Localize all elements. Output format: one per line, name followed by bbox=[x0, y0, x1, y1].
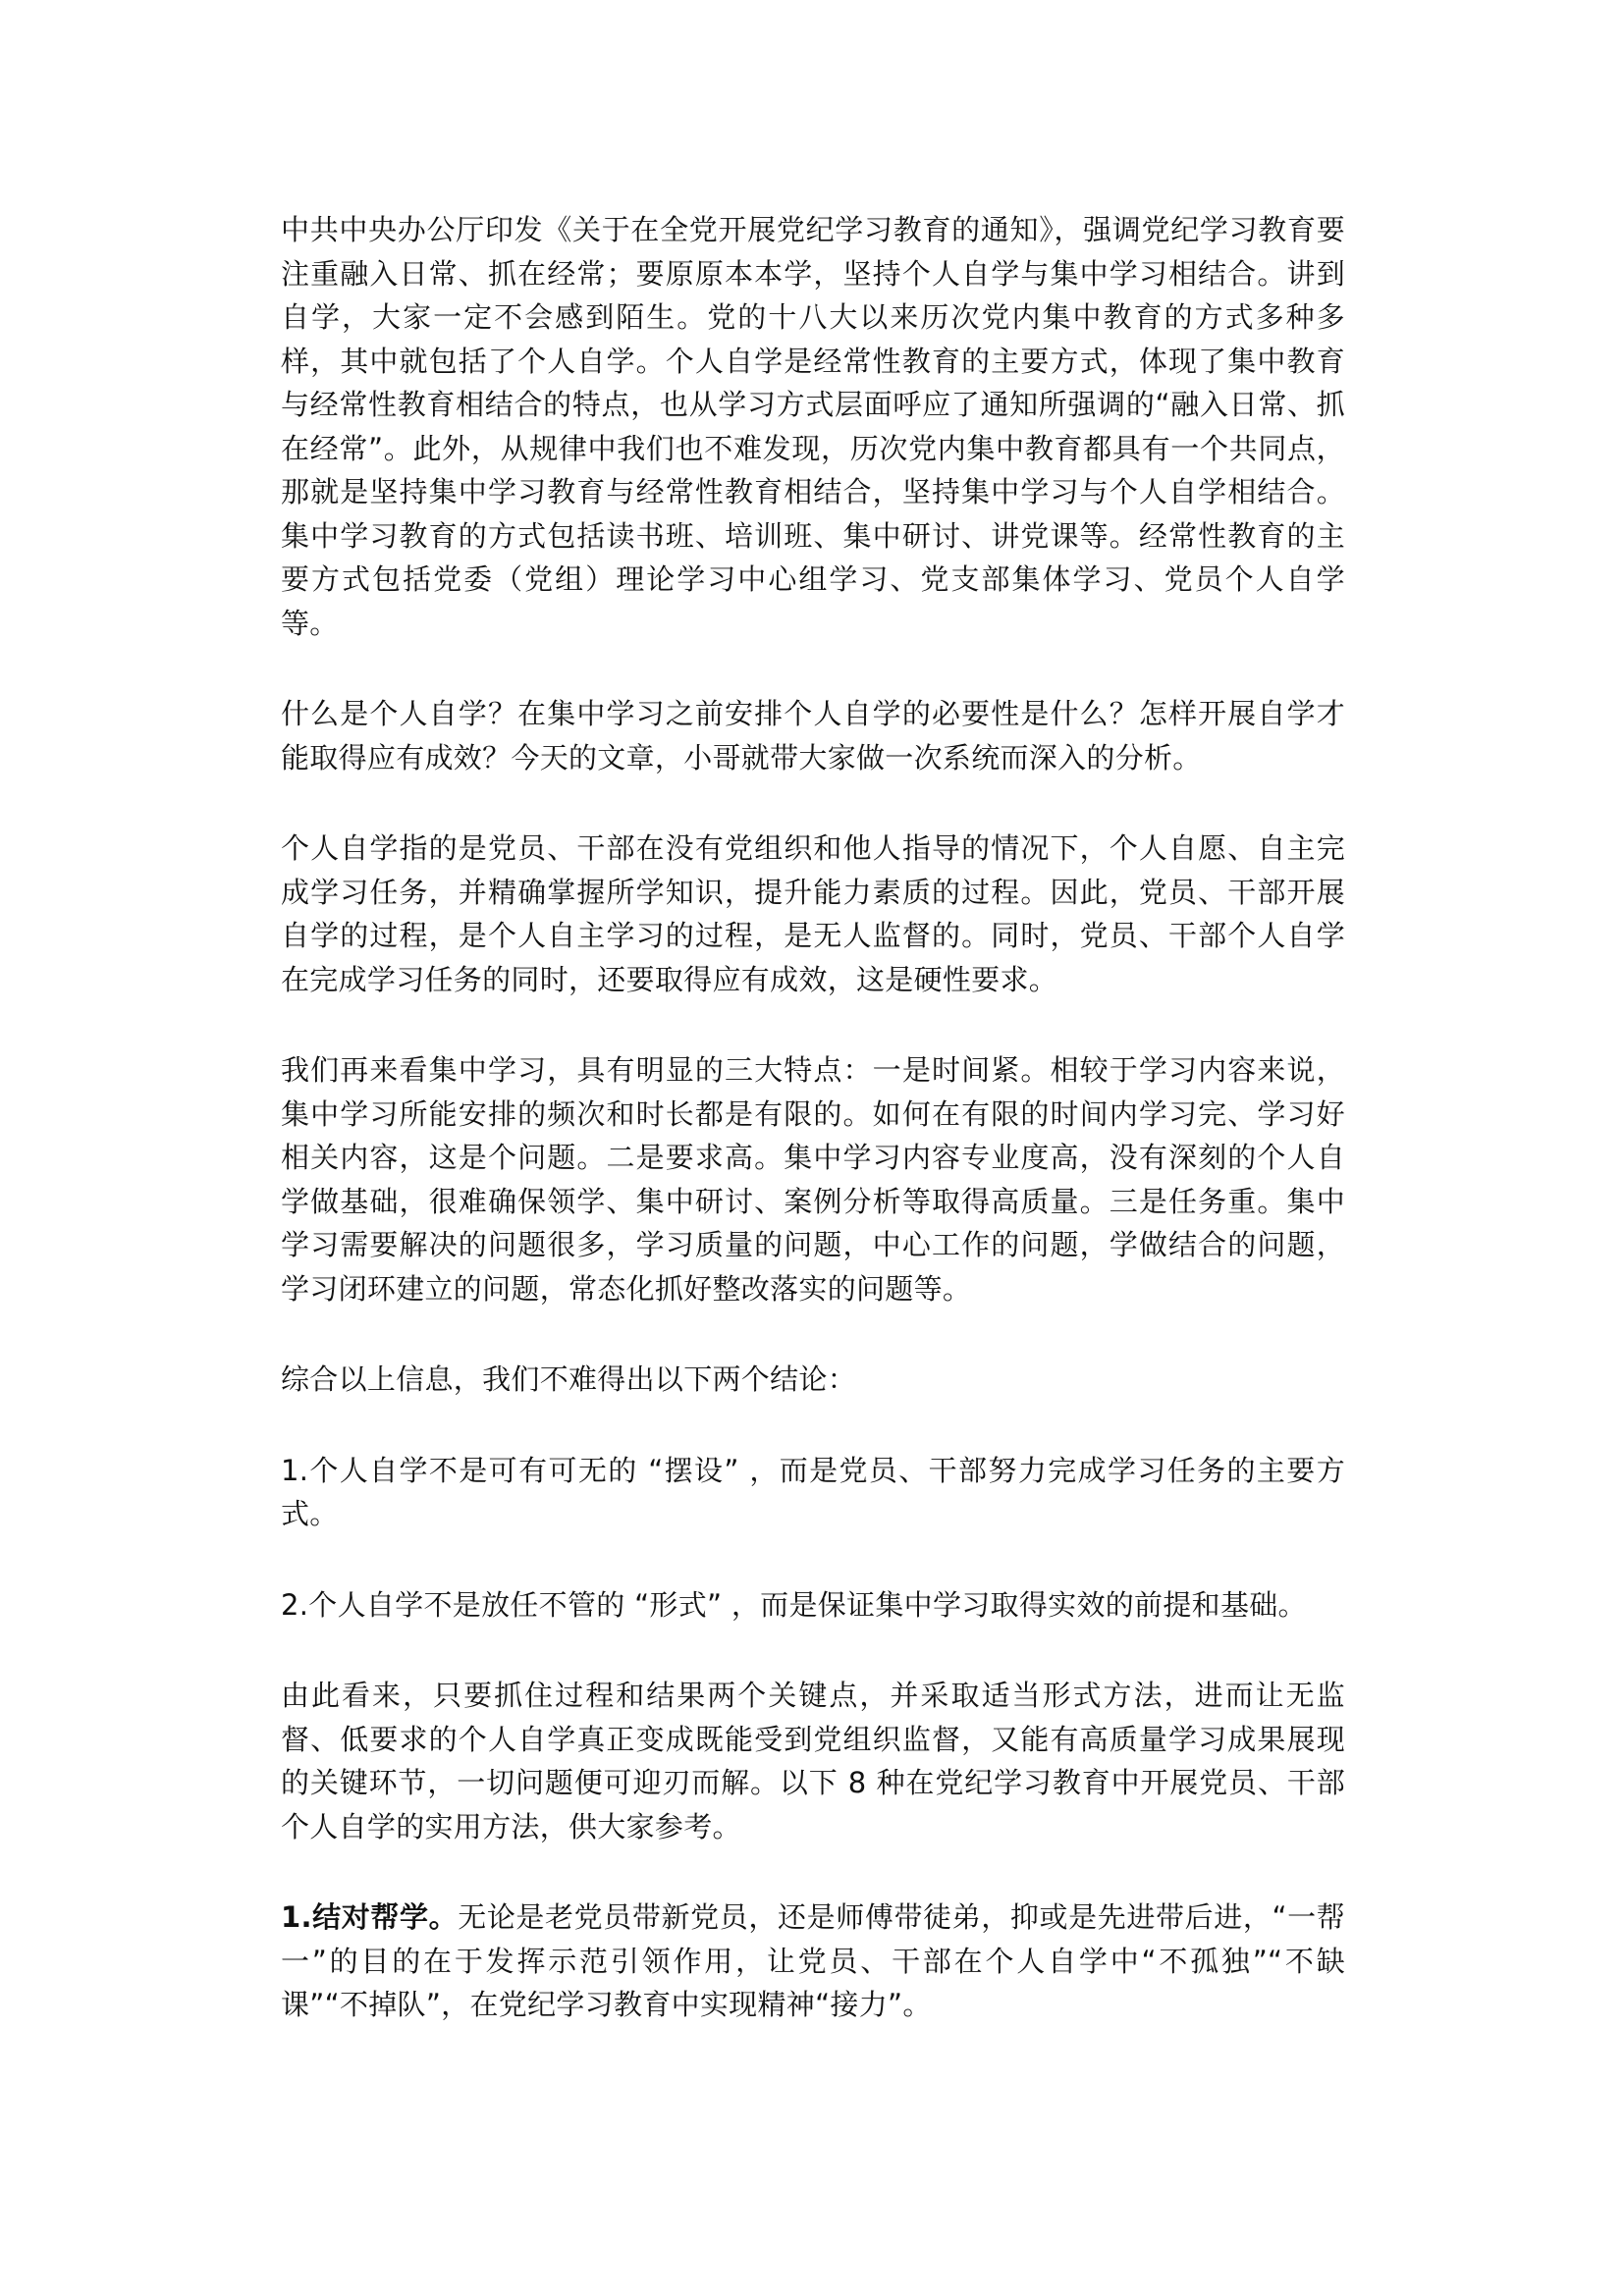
paragraph-conclusion-intro: 综合以上信息，我们不难得出以下两个结论： bbox=[281, 1358, 1345, 1402]
document-page: 中共中央办公厅印发《关于在全党开展党纪学习教育的通知》，强调党纪学习教育要注重融… bbox=[281, 208, 1345, 2027]
paragraph-features: 我们再来看集中学习，具有明显的三大特点：一是时间紧。相较于学习内容来说，集中学习… bbox=[281, 1048, 1345, 1310]
paragraph-methods-intro: 由此看来，只要抓住过程和结果两个关键点，并采取适当形式方法，进而让无监督、低要求… bbox=[281, 1674, 1345, 1848]
paragraph-gap bbox=[281, 1848, 1345, 1896]
paragraph-gap bbox=[281, 1310, 1345, 1358]
conclusion-item-2: 2.个人自学不是放任不管的 “形式” ，而是保证集中学习取得实效的前提和基础。 bbox=[281, 1583, 1345, 1628]
paragraph-gap bbox=[281, 645, 1345, 692]
paragraph-intro: 中共中央办公厅印发《关于在全党开展党纪学习教育的通知》，强调党纪学习教育要注重融… bbox=[281, 208, 1345, 645]
conclusion-item-1: 1.个人自学不是可有可无的 “摆设” ，而是党员、干部努力完成学习任务的主要方式… bbox=[281, 1449, 1345, 1536]
method-1-heading: 1.结对帮学。 bbox=[281, 1900, 458, 1934]
paragraph-gap bbox=[281, 1001, 1345, 1048]
paragraph-questions: 什么是个人自学？在集中学习之前安排个人自学的必要性是什么？怎样开展自学才能取得应… bbox=[281, 692, 1345, 779]
paragraph-gap bbox=[281, 1402, 1345, 1449]
paragraph-gap bbox=[281, 779, 1345, 827]
paragraph-gap bbox=[281, 1627, 1345, 1674]
paragraph-definition: 个人自学指的是党员、干部在没有党组织和他人指导的情况下，个人自愿、自主完成学习任… bbox=[281, 827, 1345, 1001]
method-1-paragraph: 1.结对帮学。无论是老党员带新党员，还是师傅带徒弟，抑或是先进带后进，“一帮一”… bbox=[281, 1896, 1345, 2027]
paragraph-gap bbox=[281, 1536, 1345, 1583]
